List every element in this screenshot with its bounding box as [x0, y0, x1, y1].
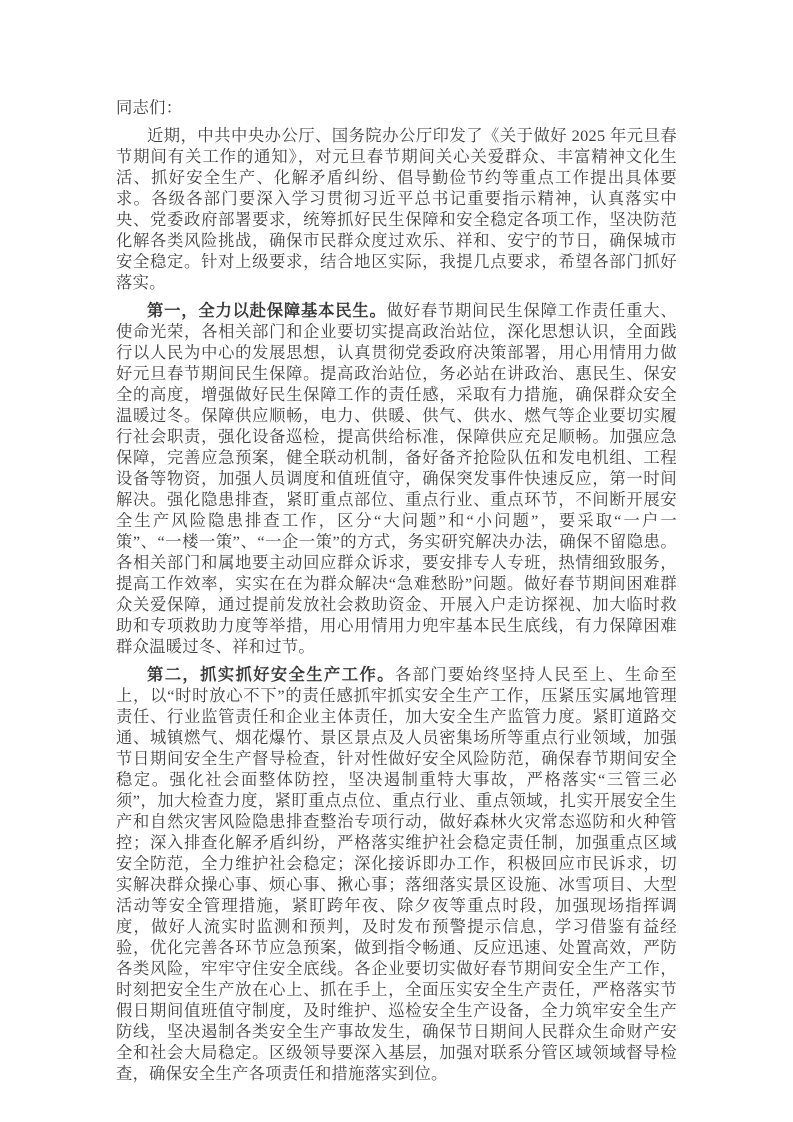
paragraph-point-one-lead: 第一，全力以赴保障基本民生。	[147, 301, 387, 320]
paragraph-point-two-text: 各部门要始终坚持人民至上、生命至上，以“时时放心不下”的责任感抓牢抓实安全生产工…	[116, 665, 677, 1083]
paragraph-intro: 近期，中共中央办公厅、国务院办公厅印发了《关于做好 2025 年元旦春节期间有关…	[116, 125, 677, 293]
salutation: 同志们：	[116, 97, 677, 118]
document-page: 同志们： 近期，中共中央办公厅、国务院办公厅印发了《关于做好 2025 年元旦春…	[0, 0, 793, 1122]
paragraph-point-one: 第一，全力以赴保障基本民生。做好春节期间民生保障工作责任重大、使命光荣，各相关部…	[116, 300, 677, 657]
paragraph-point-two-lead: 第二，抓实抓好安全生产工作。	[147, 665, 395, 684]
paragraph-point-two: 第二，抓实抓好安全生产工作。各部门要始终坚持人民至上、生命至上，以“时时放心不下…	[116, 664, 677, 1084]
paragraph-point-one-text: 做好春节期间民生保障工作责任重大、使命光荣，各相关部门和企业要切实提高政治站位，…	[116, 301, 677, 656]
paragraph-intro-text: 近期，中共中央办公厅、国务院办公厅印发了《关于做好 2025 年元旦春节期间有关…	[116, 126, 677, 292]
